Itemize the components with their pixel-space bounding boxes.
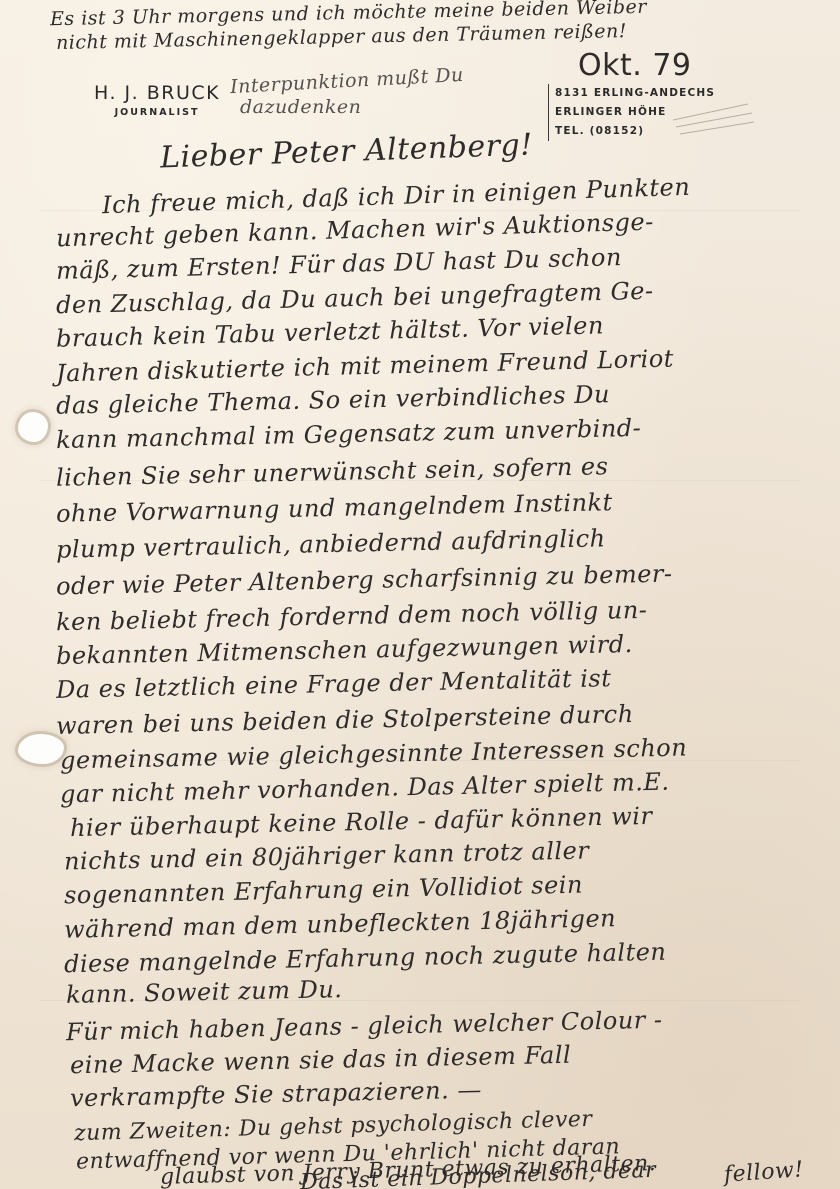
body-line: sogenannten Erfahrung ein Vollidiot sein [64,871,583,910]
letter-body: Ich freue mich, daß ich Dir in einigen P… [0,0,840,1189]
body-line: kann. Soweit zum Du. [66,975,343,1009]
body-line: eine Macke wenn sie das in diesem Fall [70,1041,572,1079]
body-line: verkrampfte Sie strapazieren. — [70,1076,482,1113]
body-line: waren bei uns beiden die Stolpersteine d… [56,700,634,740]
body-line: das gleiche Thema. So ein verbindliches … [56,380,610,420]
body-line: gar nicht mehr vorhanden. Das Alter spie… [60,768,670,809]
body-line: diese mangelnde Erfahrung noch zugute ha… [64,938,667,979]
body-line: ohne Vorwarnung und mangelndem Instinkt [56,488,613,528]
body-line: nichts und ein 80jähriger kann trotz all… [64,837,590,876]
letter-page: Es ist 3 Uhr morgens und ich möchte mein… [0,0,840,1189]
body-line: brauch kein Tabu verletzt hältst. Vor vi… [56,311,605,352]
body-line: fellow! [723,1157,804,1187]
body-line: ken beliebt frech fordernd dem noch völl… [56,596,648,636]
body-line: lichen Sie sehr unerwünscht sein, sofern… [56,452,609,492]
body-line: kann manchmal im Gegensatz zum unverbind… [56,414,642,454]
body-line: Für mich haben Jeans - gleich welcher Co… [66,1006,663,1046]
body-line: bekannten Mitmenschen aufgezwungen wird. [56,630,633,670]
body-line: während man dem unbefleckten 18jährigen [64,904,617,944]
body-line: plump vertraulich, anbiedernd aufdringli… [56,524,606,564]
body-line: oder wie Peter Altenberg scharfsinnig zu… [56,560,673,601]
body-line: Da es letztlich eine Frage der Mentalitä… [56,664,612,704]
